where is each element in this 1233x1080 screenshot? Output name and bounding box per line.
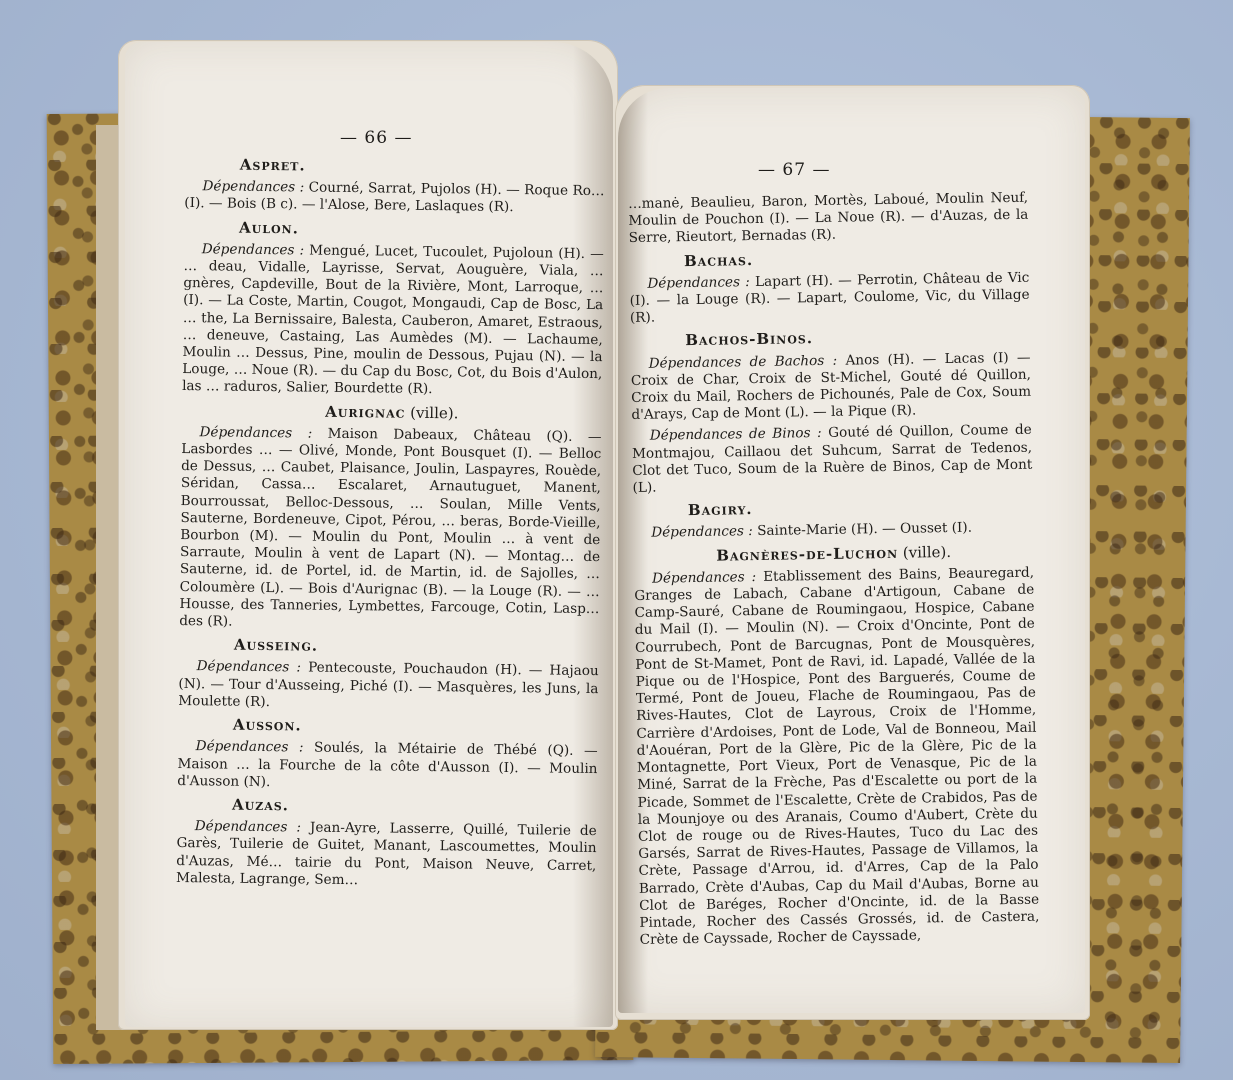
entry: Ausseing. Dépendances : Pentecouste, Pou… bbox=[178, 636, 599, 715]
entry: Bachos-Binos. Dépendances de Bachos : An… bbox=[630, 327, 1033, 497]
entry-title: Auzas. bbox=[177, 796, 597, 818]
entry: Aspret. Dépendances : Courné, Sarrat, Pu… bbox=[184, 156, 605, 218]
entry: Auzas. Dépendances : Jean-Ayre, Lasserre… bbox=[176, 796, 597, 892]
entry-title: Aurignac (ville). bbox=[182, 402, 602, 424]
entry-body: Dépendances : Mengué, Lucet, Tucoulet, P… bbox=[182, 241, 604, 401]
entry: Bagnères-de-Luchon (ville). Dépendances … bbox=[634, 542, 1040, 949]
entry-body: Dépendances : Soulés, la Métairie de Thé… bbox=[177, 738, 598, 795]
entry-body: Dépendances : Sainte-Marie (H). — Ousset… bbox=[633, 519, 1033, 542]
left-page: — 66 — Aspret. Dépendances : Courné, Sar… bbox=[125, 42, 613, 1027]
continuation-text: …manė, Beaulieu, Baron, Mortès, Laboué, … bbox=[628, 190, 1029, 248]
entry: Bagiry. Dépendances : Sainte-Marie (H). … bbox=[633, 497, 1034, 543]
entry: Aurignac (ville). Dépendances : Maison D… bbox=[179, 402, 602, 636]
entry-body: Dépendances : Jean-Ayre, Lasserre, Quill… bbox=[176, 818, 597, 892]
entry-body: Dépendances : Maison Dabeaux, Château (Q… bbox=[179, 424, 601, 636]
entry-title: Bagnères-de-Luchon (ville). bbox=[634, 542, 1034, 565]
entry: Bachas. Dépendances : Lapart (H). — Perr… bbox=[629, 247, 1030, 327]
entry-title: Ausson. bbox=[178, 716, 598, 738]
entry-title: Ausseing. bbox=[179, 636, 599, 658]
entry-title: Aspret. bbox=[185, 156, 605, 178]
entry-body: Dépendances de Binos : Gouté dé Quillon,… bbox=[632, 422, 1033, 497]
entry: Ausson. Dépendances : Soulés, la Métairi… bbox=[177, 716, 598, 795]
page-number: — 66 — bbox=[340, 128, 412, 148]
entry-body: Dépendances : Courné, Sarrat, Pujolos (H… bbox=[184, 178, 604, 218]
entry-body: Dépendances de Bachos : Anos (H). — Laca… bbox=[631, 349, 1032, 424]
entry: Aulon. Dépendances : Mengué, Lucet, Tuco… bbox=[182, 219, 604, 401]
left-page-text: Aspret. Dépendances : Courné, Sarrat, Pu… bbox=[176, 150, 605, 892]
entry-title: Bachas. bbox=[629, 247, 1029, 270]
entry-body: Dépendances : Lapart (H). — Perrotin, Ch… bbox=[629, 270, 1030, 328]
entry-title: Bagiry. bbox=[633, 497, 1033, 520]
entry-title: Aulon. bbox=[184, 219, 604, 241]
right-page: — 67 — …manė, Beaulieu, Baron, Mortès, L… bbox=[618, 88, 1085, 1013]
right-page-text: …manė, Beaulieu, Baron, Mortès, Laboué, … bbox=[628, 190, 1040, 950]
page-number: — 67 — bbox=[758, 160, 830, 180]
entry-body: Dépendances : Etablissement des Bains, B… bbox=[634, 565, 1040, 950]
entry-body: Dépendances : Pentecouste, Pouchaudon (H… bbox=[178, 658, 599, 715]
entry-title: Bachos-Binos. bbox=[630, 327, 1030, 350]
